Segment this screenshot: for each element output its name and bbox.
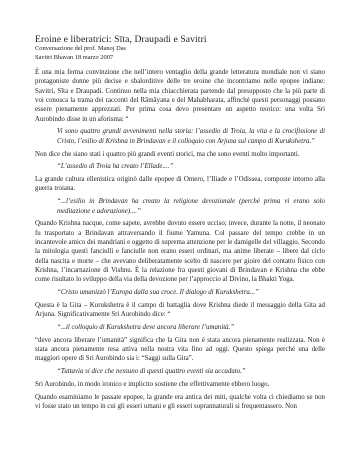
block-quote: “...il colloquio di Kurukshetra deve anc…	[57, 323, 325, 332]
paragraph: Sri Aurobindo, in modo ironico e implici…	[35, 380, 325, 389]
paragraph: “deve ancora liberare l’umanità” signifi…	[35, 336, 325, 364]
block-quote: Vi sono quattro grandi avvenimenti nella…	[57, 127, 325, 146]
paragraph: Quando esaminiamo le passate epopee, la …	[35, 393, 325, 412]
paragraph: Quando Krishna nacque, come sapete, avre…	[35, 219, 325, 284]
paragraph: Non dice che siano stati i quattro più g…	[35, 150, 325, 159]
document-title: Eroine e liberatrici: Sīta, Draupadi e S…	[35, 34, 325, 45]
document-subtitle: Conversazione del prof. Manoj Das	[35, 45, 325, 54]
block-quote: “L’assedio di Troia ha creato l’Ellade..…	[57, 162, 325, 171]
paragraph: Questa è la Gita – Kurukshetra è il camp…	[35, 301, 325, 320]
paragraph: È una mia ferma convinzione che nell’int…	[35, 68, 325, 124]
document-dateline: Savitri Bhavan 18 marzo 2007	[35, 54, 325, 63]
block-quote: “Cristo umanizzò l’Europa dalla sua croc…	[57, 288, 325, 297]
block-quote: “Tuttavia si dice che nessuno di questi …	[57, 367, 325, 376]
block-quote: “...l’esilio in Brindavan ha creato la r…	[57, 197, 325, 216]
paragraph: La grande cultura ellenistica originò da…	[35, 175, 325, 194]
document-page: Eroine e liberatrici: Sīta, Draupadi e S…	[0, 0, 360, 466]
